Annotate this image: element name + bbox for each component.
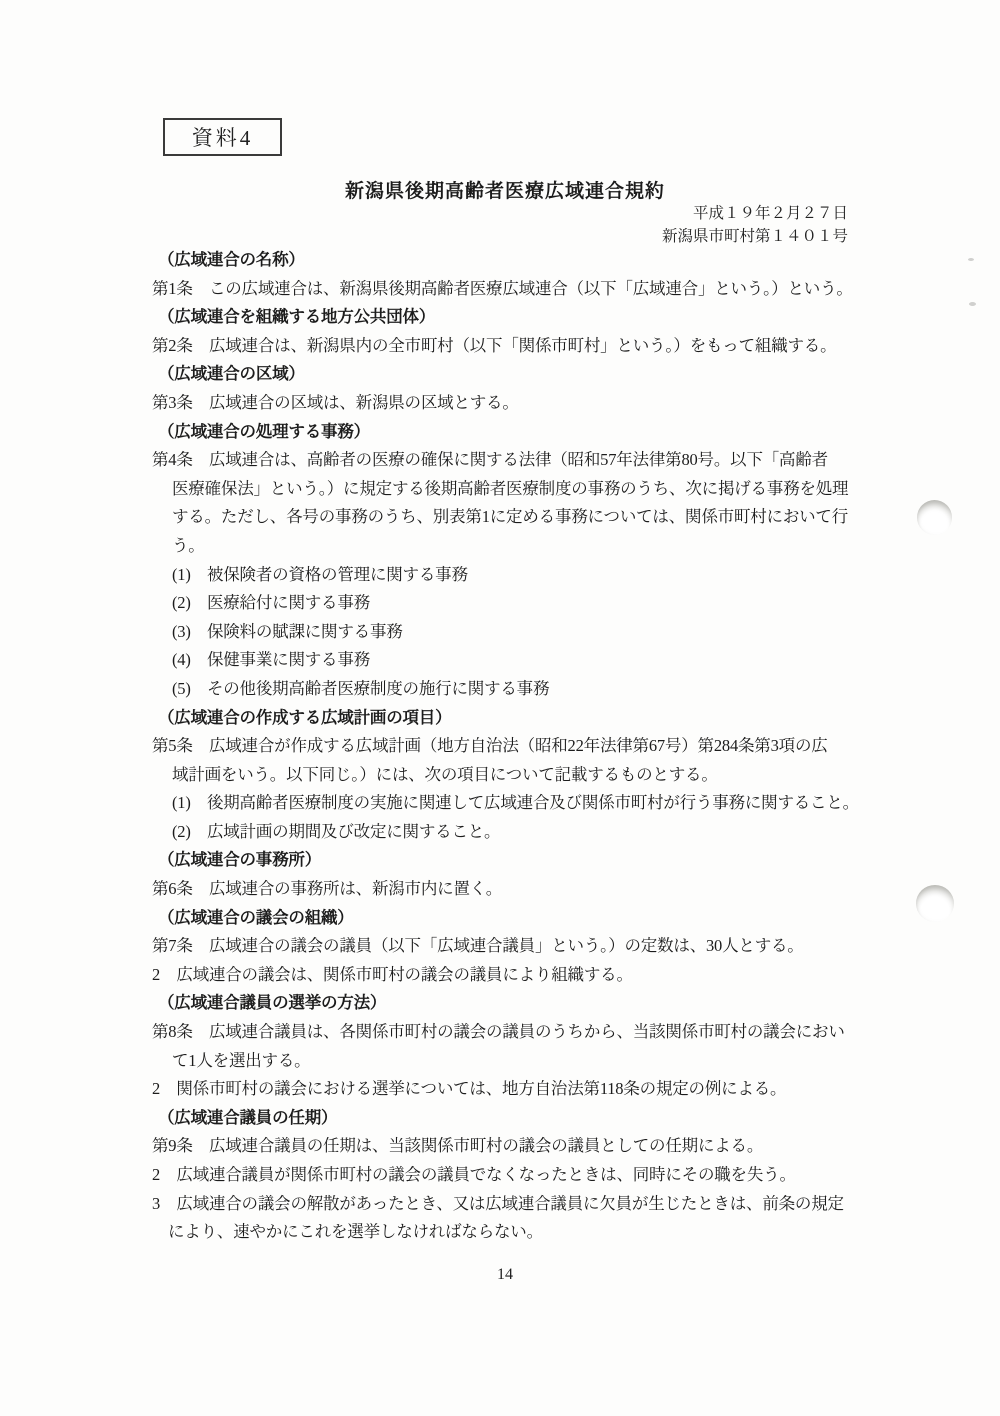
doc-line-cont: 医療確保法」という。）に規定する後期高齢者医療制度の事務のうち、次に掲げる事務を… — [152, 475, 892, 504]
doc-line-article: 第8条 広域連合議員は、各関係市町村の議会の議員のうちから、当該関係市町村の議会… — [152, 1018, 892, 1047]
doc-line-heading: （広域連合の処理する事務） — [152, 418, 892, 447]
doc-line-heading: （広域連合の名称） — [152, 246, 892, 275]
scan-speck-artifact — [968, 258, 974, 261]
doc-line-article: 第1条 この広域連合は、新潟県後期高齢者医療広域連合（以下「広域連合」という。）… — [152, 275, 892, 304]
doc-line-article: 第5条 広域連合が作成する広域計画（地方自治法（昭和22年法律第67号）第284… — [152, 732, 892, 761]
doc-line-item: (1) 被保険者の資格の管理に関する事務 — [152, 561, 892, 590]
doc-line-heading: （広域連合を組織する地方公共団体） — [152, 303, 892, 332]
doc-line-heading: （広域連合議員の選挙の方法） — [152, 989, 892, 1018]
doc-tag-box: 資料4 — [163, 118, 282, 156]
doc-line-item: (2) 医療給付に関する事務 — [152, 589, 892, 618]
doc-line-item: (1) 後期高齢者医療制度の実施に関連して広域連合及び関係市町村が行う事務に関す… — [152, 789, 892, 818]
page-number: 14 — [0, 1266, 1000, 1284]
doc-line-heading: （広域連合議員の任期） — [152, 1104, 892, 1133]
doc-line-subcont: により、速やかにこれを選挙しなければならない。 — [152, 1218, 892, 1247]
doc-line-article: 第9条 広域連合議員の任期は、当該関係市町村の議会の議員としての任期による。 — [152, 1132, 892, 1161]
doc-line-heading: （広域連合の議会の組織） — [152, 904, 892, 933]
document-date-block: 平成１９年２月２７日 新潟県市町村第１４０１号 — [662, 202, 848, 248]
doc-line-heading: （広域連合の事務所） — [152, 846, 892, 875]
doc-line-item: (2) 広域計画の期間及び改定に関すること。 — [152, 818, 892, 847]
doc-line-article: 第4条 広域連合は、高齢者の医療の確保に関する法律（昭和57年法律第80号。以下… — [152, 446, 892, 475]
document-number: 新潟県市町村第１４０１号 — [662, 225, 848, 248]
doc-line-heading: （広域連合の作成する広域計画の項目） — [152, 704, 892, 733]
scan-speck-artifact — [969, 302, 976, 306]
doc-line-cont: する。ただし、各号の事務のうち、別表第1に定める事務については、関係市町村におい… — [152, 503, 892, 532]
doc-line-cont: て1人を選出する。 — [152, 1047, 892, 1076]
document-title: 新潟県後期高齢者医療広域連合規約 — [0, 176, 1000, 203]
doc-line-article: 第3条 広域連合の区域は、新潟県の区域とする。 — [152, 389, 892, 418]
doc-line-article: 第2条 広域連合は、新潟県内の全市町村（以下「関係市町村」という。）をもって組織… — [152, 332, 892, 361]
punch-hole-artifact — [917, 500, 952, 535]
doc-line-article: 第6条 広域連合の事務所は、新潟市内に置く。 — [152, 875, 892, 904]
doc-line-sub: 2 広域連合議員が関係市町村の議会の議員でなくなったときは、同時にその職を失う。 — [152, 1161, 892, 1190]
doc-line-sub: 2 関係市町村の議会における選挙については、地方自治法第118条の規定の例による… — [152, 1075, 892, 1104]
doc-line-cont: う。 — [152, 532, 892, 561]
doc-line-article: 第7条 広域連合の議会の議員（以下「広域連合議員」という。）の定数は、30人とす… — [152, 932, 892, 961]
doc-line-sub: 3 広域連合の議会の解散があったとき、又は広域連合議員に欠員が生じたときは、前条… — [152, 1190, 892, 1219]
doc-line-item: (5) その他後期高齢者医療制度の施行に関する事務 — [152, 675, 892, 704]
doc-tag-label: 資料4 — [192, 122, 254, 152]
doc-line-heading: （広域連合の区域） — [152, 360, 892, 389]
doc-line-cont: 域計画をいう。以下同じ。）には、次の項目について記載するものとする。 — [152, 761, 892, 790]
document-body: （広域連合の名称）第1条 この広域連合は、新潟県後期高齢者医療広域連合（以下「広… — [152, 246, 892, 1247]
document-date: 平成１９年２月２７日 — [662, 202, 848, 225]
doc-line-item: (4) 保健事業に関する事務 — [152, 646, 892, 675]
document-page: 資料4 新潟県後期高齢者医療広域連合規約 平成１９年２月２７日 新潟県市町村第１… — [0, 0, 1000, 1416]
punch-hole-artifact — [916, 885, 954, 922]
doc-line-item: (3) 保険料の賦課に関する事務 — [152, 618, 892, 647]
doc-line-sub: 2 広域連合の議会は、関係市町村の議会の議員により組織する。 — [152, 961, 892, 990]
